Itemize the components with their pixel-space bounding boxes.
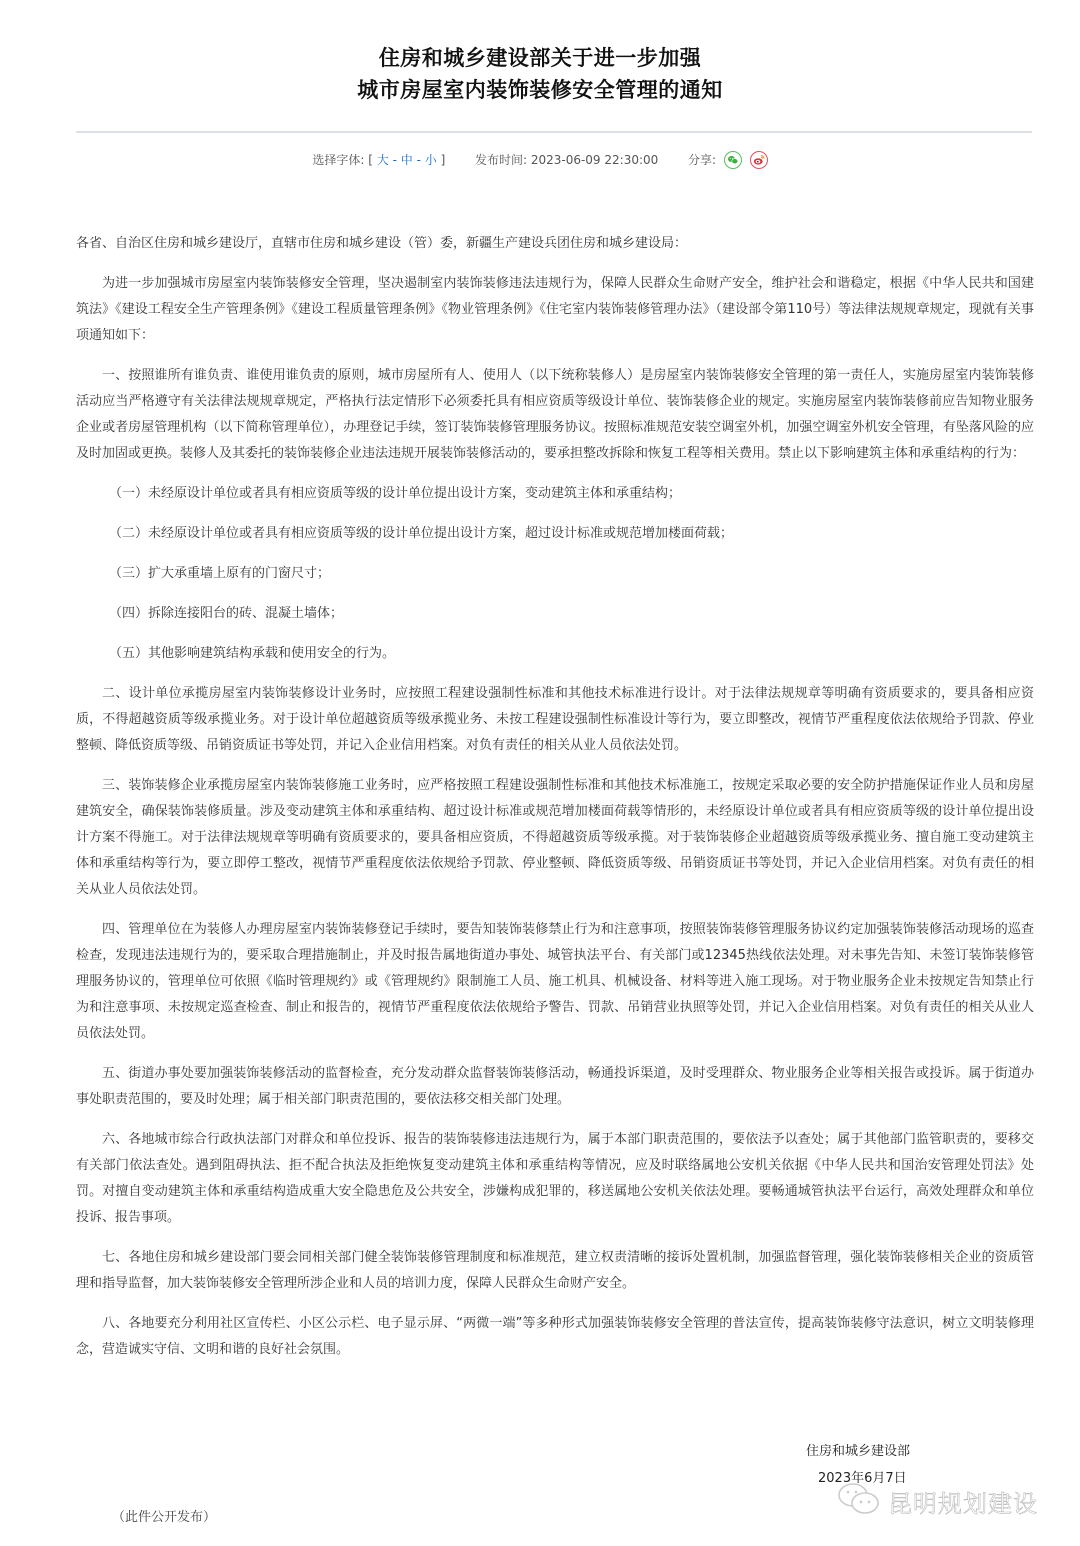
section-7: 七、各地住房和城乡建设部门要会同相关部门健全装饰装修管理制度和标准规范，建立权责… [76, 1245, 1034, 1297]
separator: - [393, 153, 397, 167]
share-label: 分享: [688, 153, 716, 167]
publish-time: 发布时间: 2023-06-09 22:30:00 [475, 149, 658, 171]
watermark: 昆明规划建设 [836, 1482, 1038, 1520]
font-size-medium-link[interactable]: 中 [401, 153, 413, 167]
salutation: 各省、自治区住房和城乡建设厅，直辖市住房和城乡建设（管）委，新疆生产建设兵团住房… [76, 231, 1034, 257]
publish-time-value: 2023-06-09 22:30:00 [531, 153, 658, 167]
article-meta: 选择字体: [ 大 - 中 - 小 ] 发布时间: 2023-06-09 22:… [0, 148, 1080, 171]
public-note: （此件公开发布） [112, 1506, 216, 1530]
section-4: 四、管理单位在为装修人办理房屋室内装饰装修登记手续时，要告知装饰装修禁止行为和注… [76, 917, 1034, 1047]
watermark-text: 昆明规划建设 [888, 1484, 1038, 1519]
wechat-icon[interactable] [724, 151, 742, 169]
signature-org: 住房和城乡建设部 [806, 1440, 910, 1464]
font-select-label: 选择字体: [312, 153, 364, 167]
title-line-1: 住房和城乡建设部关于进一步加强 [0, 42, 1080, 74]
article-body: 各省、自治区住房和城乡建设厅，直辖市住房和城乡建设（管）委，新疆生产建设兵团住房… [76, 231, 1034, 1377]
wechat-logo-icon [836, 1482, 882, 1520]
title-divider [76, 131, 1032, 133]
prohibited-item: （三）扩大承重墙上原有的门窗尺寸； [76, 561, 1034, 587]
weibo-icon[interactable] [750, 151, 768, 169]
prohibited-item: （四）拆除连接阳台的砖、混凝土墙体； [76, 601, 1034, 627]
title-line-2: 城市房屋室内装饰装修安全管理的通知 [0, 74, 1080, 106]
prohibited-item: （二）未经原设计单位或者具有相应资质等级的设计单位提出设计方案，超过设计标准或规… [76, 521, 1034, 547]
section-3: 三、装饰装修企业承揽房屋室内装饰装修施工业务时，应严格按照工程建设强制性标准和其… [76, 773, 1034, 903]
bracket-close: ] [441, 153, 446, 167]
intro-paragraph: 为进一步加强城市房屋室内装饰装修安全管理，坚决遏制室内装饰装修违法违规行为，保障… [76, 271, 1034, 349]
prohibited-item: （一）未经原设计单位或者具有相应资质等级的设计单位提出设计方案，变动建筑主体和承… [76, 481, 1034, 507]
section-2: 二、设计单位承揽房屋室内装饰装修设计业务时，应按照工程建设强制性标准和其他技术标… [76, 681, 1034, 759]
font-size-selector: 选择字体: [ 大 - 中 - 小 ] [312, 149, 445, 171]
section-5: 五、街道办事处要加强装饰装修活动的监督检查，充分发动群众监督装饰装修活动，畅通投… [76, 1061, 1034, 1113]
separator: - [417, 153, 421, 167]
prohibited-item: （五）其他影响建筑结构承载和使用安全的行为。 [76, 641, 1034, 667]
share-group: 分享: [688, 149, 768, 171]
bracket-open: [ [368, 153, 373, 167]
publish-label: 发布时间: [475, 153, 527, 167]
section-8: 八、各地要充分利用社区宣传栏、小区公示栏、电子显示屏、“两微一端”等多种形式加强… [76, 1311, 1034, 1363]
section-6: 六、各地城市综合行政执法部门对群众和单位投诉、报告的装饰装修违法违规行为，属于本… [76, 1127, 1034, 1231]
article-title: 住房和城乡建设部关于进一步加强 城市房屋室内装饰装修安全管理的通知 [0, 42, 1080, 106]
section-1: 一、按照谁所有谁负责、谁使用谁负责的原则，城市房屋所有人、使用人（以下统称装修人… [76, 363, 1034, 467]
font-size-small-link[interactable]: 小 [425, 153, 437, 167]
font-size-large-link[interactable]: 大 [377, 153, 389, 167]
